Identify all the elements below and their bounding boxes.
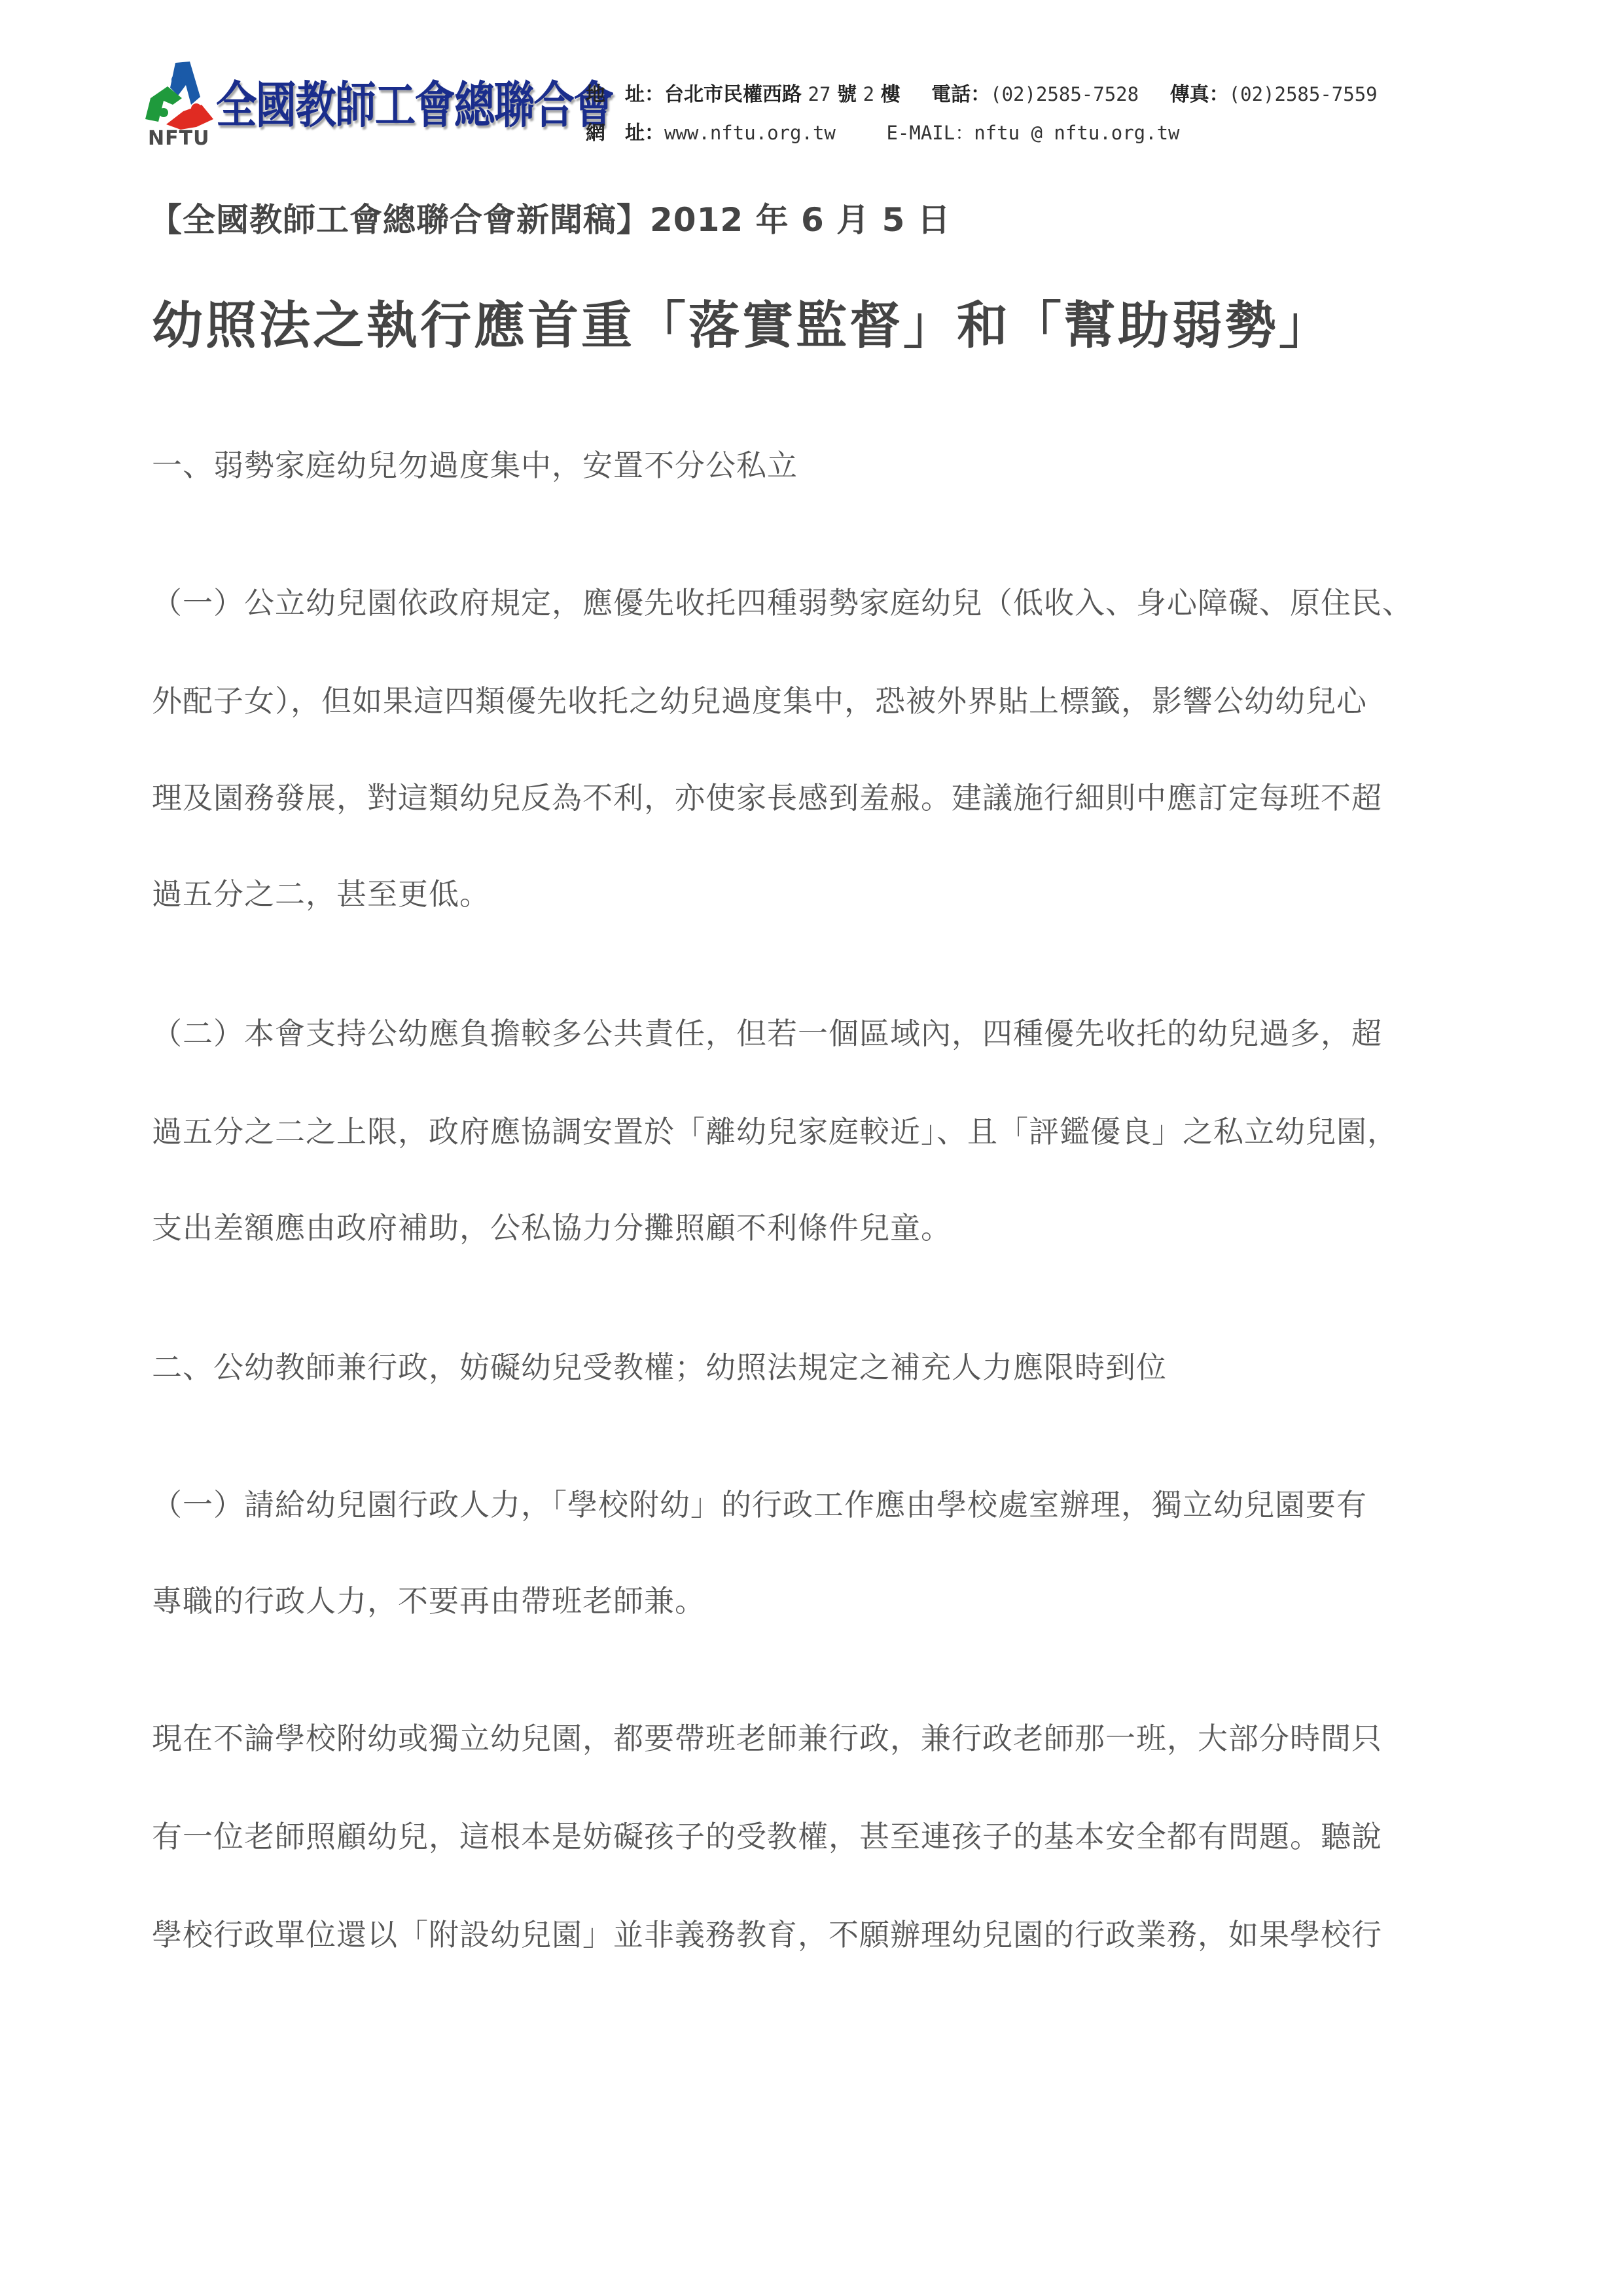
phone-label: 電話：: [931, 83, 990, 106]
phone-value: (02)2585-7528: [990, 83, 1139, 105]
paragraph-line: 現在不論學校附幼或獨立幼兒園，都要帶班老師兼行政，兼行政老師那一班，大部分時間只: [152, 1715, 1382, 1758]
paragraph-line: 過五分之二，甚至更低。: [152, 870, 490, 914]
release-header: 【全國教師工會總聯合會新聞稿】2012 年 6 月 5 日: [149, 194, 951, 241]
website-link[interactable]: www.nftu.org.tw: [664, 122, 836, 144]
website-label: 網 址：: [586, 122, 664, 145]
contact-row-web: 網 址：www.nftu.org.tw E-MAIL：nftu @ nftu.o…: [586, 114, 1378, 152]
nftu-logo: NFTU 全國教師工會總聯合會: [144, 59, 550, 157]
contact-info: 地 址：台北市民權西路 27 號 2 樓 電話：(02)2585-7528 傳真…: [586, 75, 1378, 152]
email-label: E-MAIL：: [886, 122, 974, 144]
page-title: 幼照法之執行應首重「落實監督」和「幫助弱勢」: [152, 285, 1332, 358]
logo-org-name: 全國教師工會總聯合會: [216, 65, 613, 137]
fax-value: (02)2585-7559: [1229, 83, 1378, 105]
paragraph-line: 有一位老師照顧幼兒，這根本是妨礙孩子的受教權，甚至連孩子的基本安全都有問題。聽說: [152, 1813, 1382, 1856]
section-heading: 二、公幼教師兼行政，妨礙幼兒受教權；幼照法規定之補充人力應限時到位: [152, 1344, 1167, 1387]
contact-row-address: 地 址：台北市民權西路 27 號 2 樓 電話：(02)2585-7528 傳真…: [586, 75, 1378, 114]
section-heading: 一、弱勢家庭幼兒勿過度集中，安置不分公私立: [152, 442, 798, 485]
address-value-4: 2: [863, 83, 874, 105]
address-value-1: 台北市民權西路: [664, 83, 802, 106]
paragraph-line: 專職的行政人力，不要再由帶班老師兼。: [152, 1577, 705, 1621]
address-value-5: 樓: [881, 83, 901, 106]
logo-nftu-text: NFTU: [148, 127, 209, 150]
paragraph-line: 外配子女），但如果這四類優先收托之幼兒過度集中，恐被外界貼上標籤，影響公幼幼兒心: [152, 677, 1367, 721]
paragraph-line: 理及園務發展，對這類幼兒反為不利，亦使家長感到羞赧。建議施行細則中應訂定每班不超: [152, 774, 1382, 817]
release-date: 2012 年 6 月 5 日: [650, 201, 951, 239]
paragraph-line: 支出差額應由政府補助，公私協力分攤照顧不利條件兒童。: [152, 1204, 952, 1247]
email-link[interactable]: nftu @ nftu.org.tw: [974, 122, 1179, 144]
fax-label: 傳真：: [1170, 83, 1229, 106]
paragraph-line: （二）本會支持公幼應負擔較多公共責任，但若一個區域內，四種優先收托的幼兒過多，超: [152, 1010, 1382, 1053]
paragraph-line: （一）公立幼兒園依政府規定，應優先收托四種弱勢家庭幼兒（低收入、身心障礙、原住民…: [152, 579, 1413, 622]
address-value-3: 號: [837, 83, 857, 106]
paragraph-line: 學校行政單位還以「附設幼兒園」並非義務教育，不願辦理幼兒園的行政業務，如果學校行: [152, 1911, 1382, 1954]
release-source: 【全國教師工會總聯合會新聞稿】: [149, 201, 650, 239]
address-value-2: 27: [808, 83, 831, 105]
letterhead: NFTU 全國教師工會總聯合會 地 址：台北市民權西路 27 號 2 樓 電話：…: [144, 59, 1492, 157]
address-label: 地 址：: [586, 83, 664, 106]
paragraph-line: 過五分之二之上限，政府應協調安置於「離幼兒家庭較近」、且「評鑑優良」之私立幼兒園…: [152, 1108, 1398, 1151]
paragraph-line: （一）請給幼兒園行政人力，「學校附幼」的行政工作應由學校處室辦理，獨立幼兒園要有: [152, 1481, 1367, 1524]
